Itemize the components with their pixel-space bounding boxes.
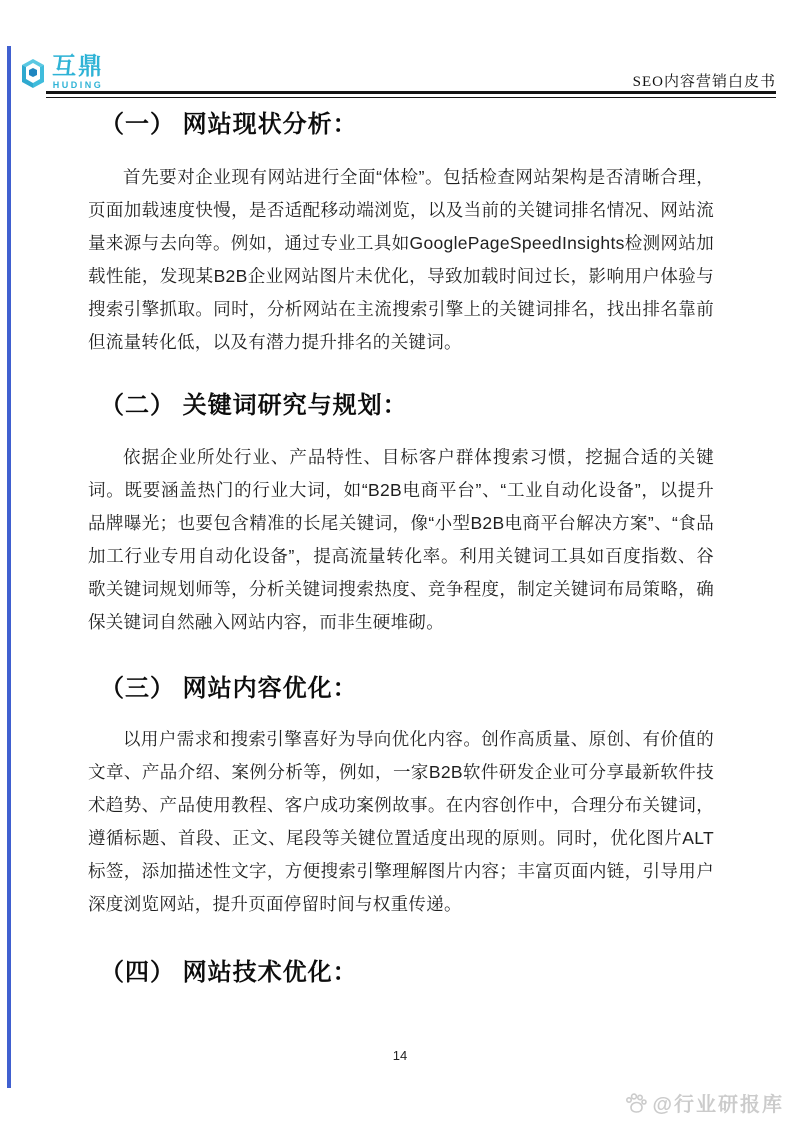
- section-1-paragraph: 首先要对企业现有网站进行全面“体检”。包括检查网站架构是否清晰合理，页面加载速度…: [88, 161, 714, 359]
- watermark-text: @行业研报库: [652, 1088, 784, 1117]
- watermark: @行业研报库: [624, 1088, 784, 1117]
- section-3-heading: （三） 网站内容优化：: [100, 668, 358, 703]
- page-number: 14: [0, 1048, 800, 1063]
- logo-subtext: HUDING: [53, 80, 104, 90]
- section-2-paragraph: 依据企业所处行业、产品特性、目标客户群体搜索习惯，挖掘合适的关键词。既要涵盖热门…: [88, 441, 714, 639]
- section-2-heading: （二） 关键词研究与规划：: [100, 385, 408, 420]
- logo-text: 互鼎: [52, 55, 104, 79]
- huding-logo-icon: [18, 55, 48, 89]
- huding-logo: 互鼎 HUDING: [18, 55, 104, 90]
- section-4-heading: （四） 网站技术优化：: [100, 952, 358, 987]
- section-3-paragraph: 以用户需求和搜索引擎喜好为导向优化内容。创作高质量、原创、有价值的文章、产品介绍…: [88, 723, 714, 921]
- paw-icon: [624, 1091, 648, 1115]
- header-double-rule: [46, 91, 776, 98]
- document-title: SEO内容营销白皮书: [633, 70, 776, 91]
- left-accent-bar: [7, 46, 11, 1088]
- section-1-heading: （一） 网站现状分析：: [100, 104, 358, 139]
